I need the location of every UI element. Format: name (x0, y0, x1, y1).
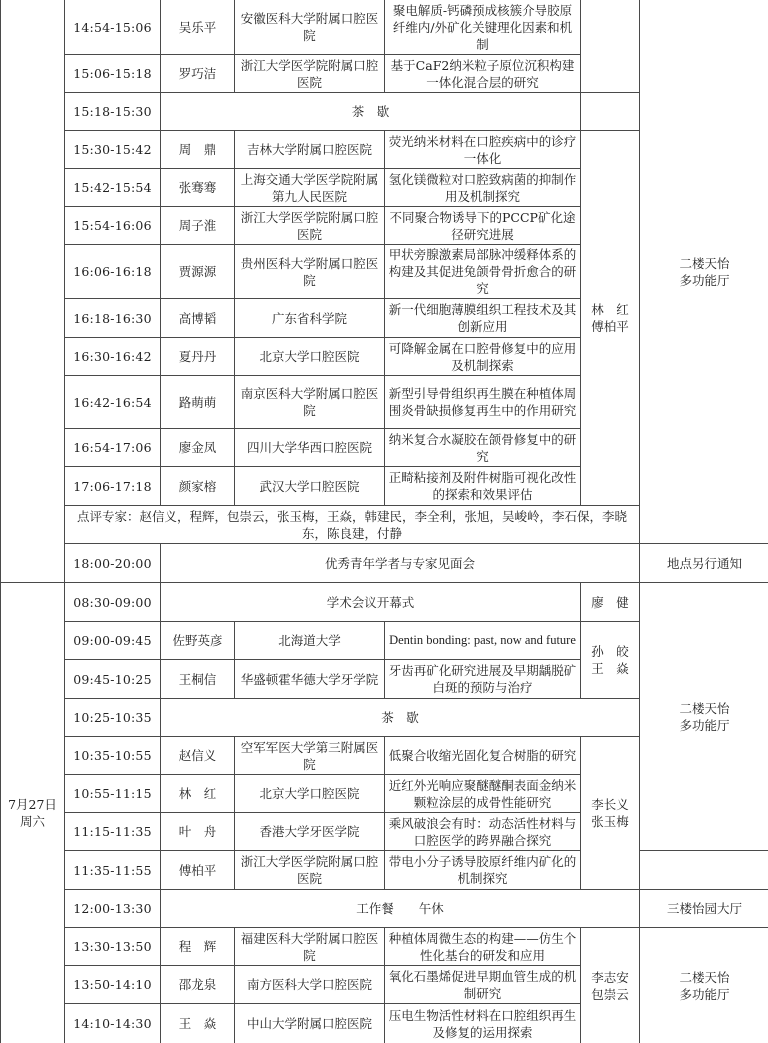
speaker-cell: 林 红 (161, 775, 235, 813)
chair-cell: 李志安 包崇云 (581, 928, 640, 1043)
time-cell: 09:00-09:45 (65, 622, 161, 660)
title-cell: 低聚合收缩光固化复合树脂的研究 (385, 737, 581, 775)
time-cell: 10:55-11:15 (65, 775, 161, 813)
venue-cell: 二楼天怡 多功能厅 (640, 583, 768, 851)
event-cell: 学术会议开幕式 (161, 583, 581, 622)
time-cell: 15:18-15:30 (65, 93, 161, 131)
time-cell: 12:00-13:30 (65, 890, 161, 928)
time-cell: 11:35-11:55 (65, 851, 161, 890)
speaker-cell: 王桐信 (161, 660, 235, 699)
speaker-cell: 贾源源 (161, 245, 235, 299)
time-cell: 16:06-16:18 (65, 245, 161, 299)
affiliation-cell: 安徽医科大学附属口腔医院 (235, 0, 385, 55)
affiliation-cell: 空军军医大学第三附属医院 (235, 737, 385, 775)
time-cell: 16:18-16:30 (65, 299, 161, 338)
venue-cell: 二楼天怡 多功能厅 (640, 0, 768, 544)
break-cell: 茶 歇 (161, 93, 581, 131)
title-cell: 氢化镁微粒对口腔致病菌的抑制作用及机制探究 (385, 169, 581, 207)
time-cell: 16:30-16:42 (65, 338, 161, 376)
affiliation-cell: 浙江大学医学院附属口腔医院 (235, 207, 385, 245)
time-cell: 08:30-09:00 (65, 583, 161, 622)
speaker-cell: 罗巧洁 (161, 55, 235, 93)
title-cell: 氧化石墨烯促进早期血管生成的机制研究 (385, 966, 581, 1004)
affiliation-cell: 上海交通大学医学院附属第九人民医院 (235, 169, 385, 207)
affiliation-cell: 南京医科大学附属口腔医院 (235, 376, 385, 429)
speaker-cell: 廖金凤 (161, 429, 235, 467)
speaker-cell: 吴乐平 (161, 0, 235, 55)
time-cell: 17:06-17:18 (65, 467, 161, 506)
title-cell: 聚电解质-钙磷预成核簇介导胶原纤维内/外矿化关键理化因素和机制 (385, 0, 581, 55)
schedule-table: 14:54-15:06 吴乐平 安徽医科大学附属口腔医院 聚电解质-钙磷预成核簇… (0, 0, 768, 1043)
time-cell: 11:15-11:35 (65, 813, 161, 851)
break-cell: 茶 歇 (161, 699, 640, 737)
affiliation-cell: 中山大学附属口腔医院 (235, 1004, 385, 1043)
opening-row: 7月27日 周六 08:30-09:00 学术会议开幕式 廖 健 二楼天怡 多功… (1, 583, 768, 622)
affiliation-cell: 广东省科学院 (235, 299, 385, 338)
time-cell: 16:42-16:54 (65, 376, 161, 429)
title-cell: 正畸粘接剂及附件树脂可视化改性的探索和效果评估 (385, 467, 581, 506)
speaker-cell: 王 焱 (161, 1004, 235, 1043)
time-cell: 09:45-10:25 (65, 660, 161, 699)
speaker-cell: 周 鼎 (161, 131, 235, 169)
title-cell: Dentin bonding: past, now and future (385, 622, 581, 660)
speaker-cell: 傅柏平 (161, 851, 235, 890)
time-cell: 18:00-20:00 (65, 544, 161, 583)
affiliation-cell: 浙江大学医学院附属口腔医院 (235, 851, 385, 890)
table-row: 11:35-11:55 傅柏平 浙江大学医学院附属口腔医院 带电小分子诱导胶原纤… (1, 851, 768, 890)
affiliation-cell: 四川大学华西口腔医院 (235, 429, 385, 467)
chair-cell: 李长义 张玉梅 (581, 737, 640, 890)
speaker-cell: 路萌萌 (161, 376, 235, 429)
evening-row: 18:00-20:00 优秀青年学者与专家见面会 地点另行通知 (1, 544, 768, 583)
title-cell: 压电生物活性材料在口腔组织再生及修复的运用探索 (385, 1004, 581, 1043)
title-cell: 种植体周微生态的构建——仿生个性化基台的研发和应用 (385, 928, 581, 966)
speaker-cell: 程 辉 (161, 928, 235, 966)
time-cell: 14:10-14:30 (65, 1004, 161, 1043)
speaker-cell: 颜家榕 (161, 467, 235, 506)
title-cell: 纳米复合水凝胶在颌骨修复中的研究 (385, 429, 581, 467)
title-cell: 甲状旁腺激素局部脉冲缓释体系的构建及其促进兔颌骨骨折愈合的研究 (385, 245, 581, 299)
affiliation-cell: 华盛顿霍华德大学牙学院 (235, 660, 385, 699)
affiliation-cell: 香港大学牙医学院 (235, 813, 385, 851)
date-cell (1, 0, 65, 583)
title-cell: 可降解金属在口腔骨修复中的应用及机制探索 (385, 338, 581, 376)
time-cell: 14:54-15:06 (65, 0, 161, 55)
title-cell: 牙齿再矿化研究进展及早期龋脱矿白斑的预防与治疗 (385, 660, 581, 699)
affiliation-cell: 浙江大学医学院附属口腔医院 (235, 55, 385, 93)
speaker-cell: 佐野英彦 (161, 622, 235, 660)
venue-cell: 地点另行通知 (640, 544, 768, 583)
affiliation-cell: 吉林大学附属口腔医院 (235, 131, 385, 169)
venue-cell: 三楼怡园大厅 (640, 890, 768, 928)
table-row: 13:30-13:50 程 辉 福建医科大学附属口腔医院 种植体周微生态的构建—… (1, 928, 768, 966)
reviewers-cell: 点评专家：赵信义，程辉，包崇云，张玉梅，王焱，韩建民，李全利，张旭，吴峻岭，李石… (65, 506, 640, 544)
speaker-cell: 叶 舟 (161, 813, 235, 851)
speaker-cell: 高博韬 (161, 299, 235, 338)
title-cell: 基于CaF2纳米粒子原位沉积构建一体化混合层的研究 (385, 55, 581, 93)
event-cell: 优秀青年学者与专家见面会 (161, 544, 640, 583)
title-cell: 乘风破浪会有时：动态活性材料与口腔医学的跨界融合探究 (385, 813, 581, 851)
title-cell: 带电小分子诱导胶原纤维内矿化的机制探究 (385, 851, 581, 890)
table-row: 14:54-15:06 吴乐平 安徽医科大学附属口腔医院 聚电解质-钙磷预成核簇… (1, 0, 768, 55)
speaker-cell: 赵信义 (161, 737, 235, 775)
title-cell: 新一代细胞薄膜组织工程技术及其创新应用 (385, 299, 581, 338)
break-cell: 工作餐 午休 (161, 890, 640, 928)
chair-cell (581, 0, 640, 93)
lunch-row: 12:00-13:30 工作餐 午休 三楼怡园大厅 (1, 890, 768, 928)
time-cell: 13:50-14:10 (65, 966, 161, 1004)
affiliation-cell: 北京大学口腔医院 (235, 338, 385, 376)
time-cell: 13:30-13:50 (65, 928, 161, 966)
affiliation-cell: 北海道大学 (235, 622, 385, 660)
title-cell: 新型引导骨组织再生膜在种植体周围炎骨缺损修复再生中的作用研究 (385, 376, 581, 429)
affiliation-cell: 贵州医科大学附属口腔医院 (235, 245, 385, 299)
time-cell: 15:06-15:18 (65, 55, 161, 93)
title-cell: 荧光纳米材料在口腔疾病中的诊疗一体化 (385, 131, 581, 169)
affiliation-cell: 北京大学口腔医院 (235, 775, 385, 813)
time-cell: 15:54-16:06 (65, 207, 161, 245)
speaker-cell: 夏丹丹 (161, 338, 235, 376)
time-cell: 10:35-10:55 (65, 737, 161, 775)
speaker-cell: 张骞骞 (161, 169, 235, 207)
time-cell: 10:25-10:35 (65, 699, 161, 737)
time-cell: 16:54-17:06 (65, 429, 161, 467)
time-cell: 15:42-15:54 (65, 169, 161, 207)
speaker-cell: 邵龙泉 (161, 966, 235, 1004)
chair-cell (581, 93, 640, 131)
affiliation-cell: 福建医科大学附属口腔医院 (235, 928, 385, 966)
title-cell: 不同聚合物诱导下的PCCP矿化途径研究进展 (385, 207, 581, 245)
chair-cell: 林 红 傅柏平 (581, 131, 640, 506)
title-cell: 近红外光响应聚醚醚酮表面金纳米颗粒涂层的成骨性能研究 (385, 775, 581, 813)
affiliation-cell: 武汉大学口腔医院 (235, 467, 385, 506)
time-cell: 15:30-15:42 (65, 131, 161, 169)
affiliation-cell: 南方医科大学口腔医院 (235, 966, 385, 1004)
chair-cell: 孙 皎 王 焱 (581, 622, 640, 699)
chair-cell: 廖 健 (581, 583, 640, 622)
date-cell: 7月27日 周六 (1, 583, 65, 1043)
venue-cell: 二楼天怡 多功能厅 (640, 928, 768, 1043)
speaker-cell: 周子淮 (161, 207, 235, 245)
